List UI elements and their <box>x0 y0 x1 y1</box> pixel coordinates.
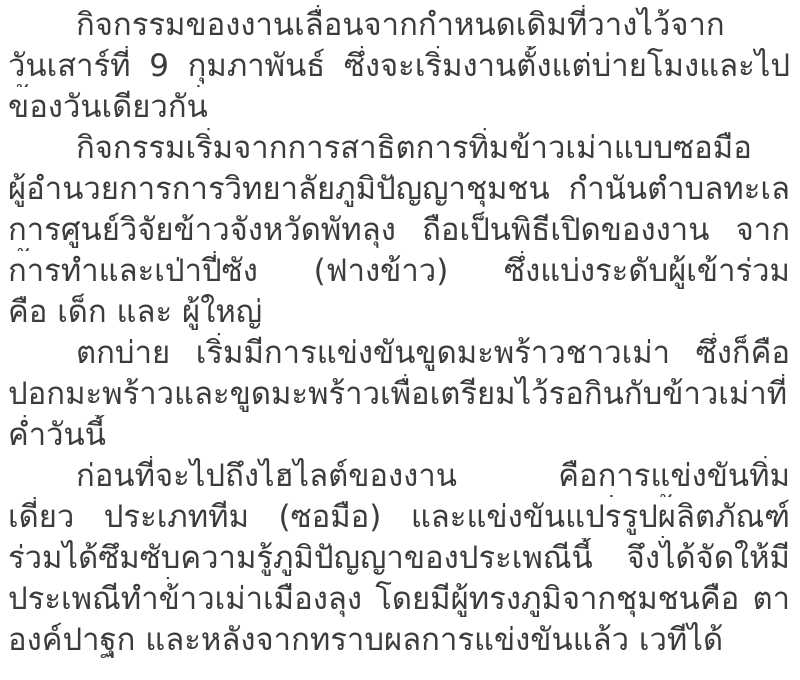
text-line: ผู้อำนวยการการวิทยาลัยภูมิปัญญาชุมชน กำน… <box>8 169 790 210</box>
paragraph-1: กิจกรรมของงานเลื่อนจากกำหนดเดิมที่วางไว้… <box>8 5 790 128</box>
text-line: การทำและเป่าปี่ซัง (ฟางข้าว) ซึ่งแบ่งระด… <box>8 251 790 292</box>
text-line: ค่ำวันนี้ <box>8 415 790 456</box>
text-line: ก่อนที่จะไปถึงไฮไลต์ของงาน คือการแข่งขัน… <box>8 456 790 497</box>
text-line: องค์ปาฐก และหลังจากทราบผลการแข่งขันแล้ว … <box>8 620 790 661</box>
text-line: ประเพณีทำข้าวเม่าเมืองลุง โดยมีผู้ทรงภูม… <box>8 579 790 620</box>
paragraph-2: กิจกรรมเริ่มจากการสาธิตการทิ่มข้าวเม่าแบ… <box>8 128 790 333</box>
text-line: วันเสาร์ที่ 9 กุมภาพันธ์ ซึ่งจะเริ่มงานต… <box>8 46 790 87</box>
paragraph-3: ตกบ่าย เริ่มมีการแข่งขันขูดมะพร้าวชาวเม่… <box>8 333 790 456</box>
text-line: ปอกมะพร้าวและขูดมะพร้าวเพื่อเตรียมไว้รอก… <box>8 374 790 415</box>
document-page: กิจกรรมของงานเลื่อนจากกำหนดเดิมที่วางไว้… <box>0 0 800 680</box>
text-line: คือ เด็ก และ ผู้ใหญ่ <box>8 292 790 333</box>
paragraph-4: ก่อนที่จะไปถึงไฮไลต์ของงาน คือการแข่งขัน… <box>8 456 790 661</box>
text-line: ตกบ่าย เริ่มมีการแข่งขันขูดมะพร้าวชาวเม่… <box>8 333 790 374</box>
text-line: ร่วมได้ซึมซับความรู้ภูมิปัญญาของประเพณีน… <box>8 538 790 579</box>
text-line: กิจกรรมเริ่มจากการสาธิตการทิ่มข้าวเม่าแบ… <box>8 128 790 169</box>
text-line: การศูนย์วิจัยข้าวจังหวัดพัทลุง ถือเป็นพิ… <box>8 210 790 251</box>
text-line: กิจกรรมของงานเลื่อนจากกำหนดเดิมที่วางไว้… <box>8 5 790 46</box>
text-line: ของวันเดียวกัน <box>8 87 790 128</box>
text-line: เดี่ยว ประเภททีม (ซอมือ) และแข่งขันแปรรู… <box>8 497 790 538</box>
